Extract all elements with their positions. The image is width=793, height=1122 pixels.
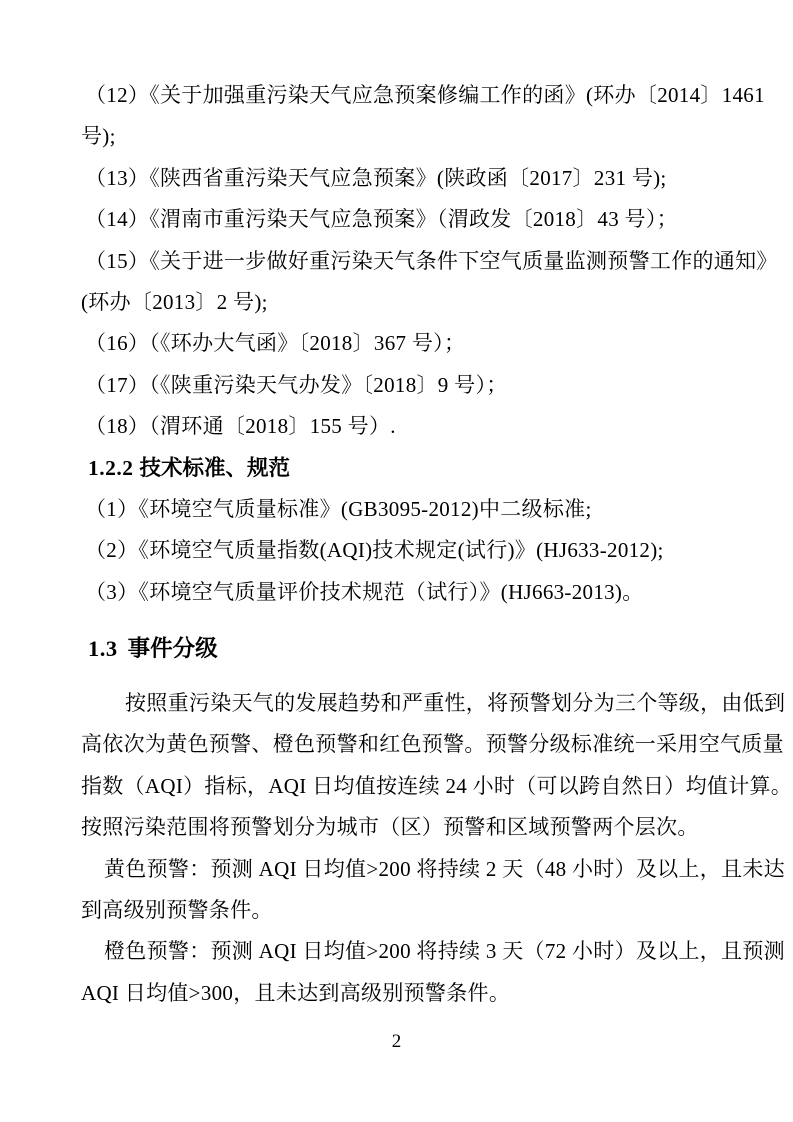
ref-item-15-line-1: （15）《关于进一步做好重污染天气条件下空气质量监测预警工作的通知》 (81, 241, 714, 282)
ref-item-13: （13）《陕西省重污染天气应急预案》(陕政函〔2017〕231 号); (81, 158, 714, 199)
section-heading-1-2-2: 1.2.2技术标准、规范 (81, 448, 714, 489)
para-warning-levels-line-3: 指数（AQI）指标，AQI 日均值按连续 24 小时（可以跨自然日）均值计算。 (81, 766, 714, 807)
para-yellow-warning-line-1: 黄色预警：预测 AQI 日均值>200 将持续 2 天（48 小时）及以上，且未… (81, 849, 714, 890)
para-warning-levels-line-1: 按照重污染天气的发展趋势和严重性，将预警划分为三个等级，由低到 (81, 683, 714, 724)
para-orange-warning-line-2: AQI 日均值>300，且未达到高级别预警条件。 (81, 973, 714, 1014)
para-warning-levels-line-2: 高依次为黄色预警、橙色预警和红色预警。预警分级标准统一采用空气质量 (81, 724, 714, 765)
std-item-3: （3）《环境空气质量评价技术规范（试行）》(HJ663-2013)。 (81, 572, 714, 613)
para-orange-warning-line-1: 橙色预警：预测 AQI 日均值>200 将持续 3 天（72 小时）及以上，且预… (81, 931, 714, 972)
section-heading-1-3-number: 1.3 (88, 636, 118, 661)
ref-item-12-line-1: （12）《关于加强重污染天气应急预案修编工作的函》(环办〔2014〕1461 (81, 75, 714, 116)
std-item-1: （1）《环境空气质量标准》(GB3095-2012)中二级标准; (81, 489, 714, 530)
section-heading-1-2-2-number: 1.2.2 (88, 456, 134, 480)
ref-item-18: （18）（渭环通〔2018〕155 号）. (81, 406, 714, 447)
ref-item-17: （17）（《陕重污染天气办发》〔2018〕9 号）； (81, 365, 714, 406)
section-heading-1-3-title: 事件分级 (128, 636, 218, 661)
section-heading-1-3: 1.3事件分级 (81, 621, 714, 677)
ref-item-14: （14）《渭南市重污染天气应急预案》（渭政发〔2018〕43 号）； (81, 199, 714, 240)
para-yellow-warning-line-2: 到高级别预警条件。 (81, 890, 714, 931)
text-block: （12）《关于加强重污染天气应急预案修编工作的函》(环办〔2014〕1461 号… (81, 75, 714, 1014)
page-number: 2 (0, 1030, 793, 1054)
section-heading-1-2-2-title: 技术标准、规范 (140, 456, 291, 480)
ref-item-16: （16）（《环办大气函》〔2018〕367 号）； (81, 323, 714, 364)
para-warning-levels-line-4: 按照污染范围将预警划分为城市（区）预警和区域预警两个层次。 (81, 807, 714, 848)
ref-item-12-line-2: 号); (81, 116, 714, 157)
ref-item-15-line-2: (环办〔2013〕2 号); (81, 282, 714, 323)
document-page: （12）《关于加强重污染天气应急预案修编工作的函》(环办〔2014〕1461 号… (0, 0, 793, 1122)
std-item-2: （2）《环境空气质量指数(AQI)技术规定(试行)》(HJ633-2012); (81, 530, 714, 571)
